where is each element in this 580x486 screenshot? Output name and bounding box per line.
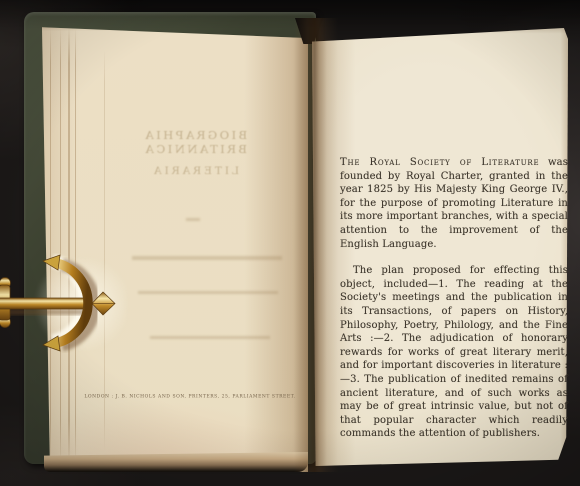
brass-anchor-clip [0,248,120,358]
paragraph-1-lead: The Royal Society of Literature [340,157,539,168]
paragraph-1-rest: was founded by Royal Charter, granted in… [340,157,568,250]
shaft-shadow [0,309,90,315]
book-photograph: BIOGRAPHIA BRITANNICA LITERARIA LONDON :… [0,0,580,486]
page-edge-line [50,28,51,464]
page-edge-line [75,28,76,464]
left-page [42,20,308,472]
page-edge-line [60,28,61,464]
anchor-fluke-top [43,255,60,270]
paragraph-2: The plan proposed for effecting this obj… [340,264,568,441]
anchor-fluke-bottom [43,336,60,351]
page-text: The Royal Society of Literature was foun… [340,156,568,441]
paragraph-1: The Royal Society of Literature was foun… [340,156,568,251]
page-edge-line [68,28,70,464]
clip-shaft [0,298,90,309]
printer-imprint: LONDON : J. B. NICHOLS AND SON, PRINTERS… [80,394,300,399]
